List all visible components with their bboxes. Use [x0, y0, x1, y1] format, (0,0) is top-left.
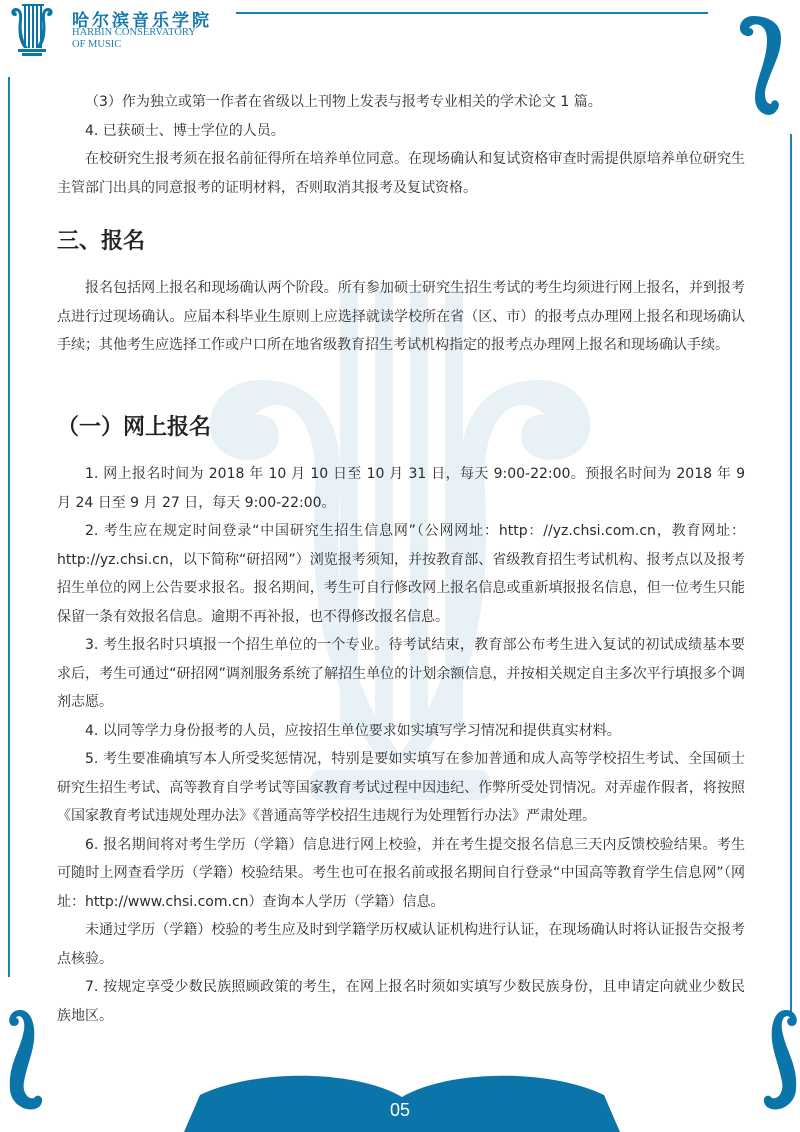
- school-name-en: HARBIN CONSERVATORY OF MUSIC: [72, 27, 196, 51]
- school-name-en-line2: OF MUSIC: [72, 39, 196, 51]
- right-border-line: [790, 134, 792, 1014]
- scroll-ornament-icon: [2, 1004, 48, 1116]
- subsection-heading: （一）网上报名: [57, 414, 211, 443]
- lyre-logo-icon: [8, 2, 56, 58]
- list-item: 4. 以同等学力身份报考的人员，应按招生单位要求如实填写学习情况和提供真实材料。: [57, 717, 745, 746]
- header-divider: [236, 12, 708, 14]
- list-item: 2. 考生应在规定时间登录“中国研究生招生信息网”（公网网址：http：//yz…: [57, 517, 745, 631]
- section-heading: 三、报名: [57, 228, 145, 257]
- paragraph: 报名包括网上报名和现场确认两个阶段。所有参加硕士研究生招生考试的考生均须进行网上…: [57, 274, 745, 360]
- list-item: 未通过学历（学籍）校验的考生应及时到学籍学历权威认证机构进行认证，在现场确认时将…: [57, 916, 745, 973]
- school-name-en-line1: HARBIN CONSERVATORY: [72, 27, 196, 39]
- page-number: 05: [380, 1100, 420, 1121]
- list-item: 6. 报名期间将对考生学历（学籍）信息进行网上校验，并在考生提交报名信息三天内反…: [57, 831, 745, 917]
- paragraph: 4. 已获硕士、博士学位的人员。: [57, 117, 745, 146]
- list-item: 1. 网上报名时间为 2018 年 10 月 10 日至 10 月 31 日，每…: [57, 460, 745, 517]
- list-item: 3. 考生报名时只填报一个招生单位的一个专业。待考试结束，教育部公布考生进入复试…: [57, 631, 745, 717]
- paragraph: 在校研究生报考须在报名前征得所在培养单位同意。在现场确认和复试资格审查时需提供原…: [57, 145, 745, 202]
- list-item: 7. 按规定享受少数民族照顾政策的考生，在网上报名时须如实填写少数民族身份，且申…: [57, 973, 745, 1030]
- left-border-line: [8, 77, 10, 977]
- list-item: 5. 考生要准确填写本人所受奖惩情况，特别是要如实填写在参加普通和成人高等学校招…: [57, 745, 745, 831]
- scroll-ornament-icon: [760, 1004, 800, 1116]
- paragraph: （3）作为独立或第一作者在省级以上刊物上发表与报考专业相关的学术论文 1 篇。: [57, 88, 745, 117]
